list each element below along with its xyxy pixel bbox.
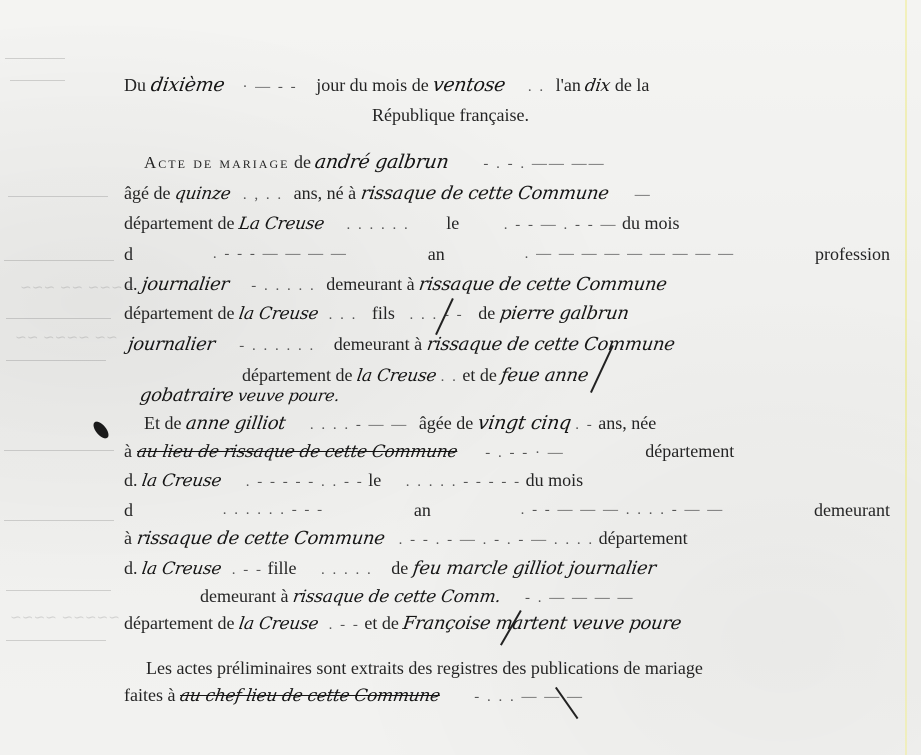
handwritten-groom-father: pierre galbrun	[498, 303, 630, 325]
handwritten-bride-name: anne gilliot	[184, 413, 286, 435]
label-ans-nee: ans, née	[598, 413, 656, 433]
filler-dashes: . .	[528, 79, 545, 95]
handwritten-father-residence: rissaque de cette Commune	[425, 334, 676, 356]
label-a: à	[124, 528, 132, 548]
handwritten-bride-dept: la Creuse	[140, 470, 222, 492]
filler-dashes: · — - -	[242, 79, 297, 95]
handwritten-year: dix	[584, 75, 612, 97]
handwritten-groom-dept: la Creuse	[237, 303, 319, 325]
label-d: d.	[124, 470, 138, 490]
label-demeurant: demeurant	[814, 499, 890, 521]
filler-dashes: - . - . —— ——	[483, 156, 605, 172]
groom-line-7: journalier - . . . . . . demeurant à ris…	[128, 333, 674, 357]
label-fille: fille	[267, 558, 296, 578]
handwritten-father-dept: la Creuse	[355, 365, 437, 387]
handwritten-day: dixième	[149, 74, 226, 96]
label-departement-de: département de	[242, 365, 352, 385]
filler-dashes: . . . . . - - - - -	[406, 474, 521, 490]
label-agee-de: âgée de	[419, 413, 473, 433]
handwritten-groom-age: quinze	[173, 183, 232, 205]
handwritten-bride-residence: rissaque de cette Commune	[135, 528, 386, 550]
label-et-de: Et de	[144, 413, 182, 433]
filler-dashes: . . . . . . - - -	[223, 499, 325, 521]
label-d: d	[124, 499, 133, 521]
groom-line-2: âgé de quinze . , . . ans, né à rissaque…	[124, 182, 652, 206]
handwritten-father-profession: journalier	[126, 334, 216, 356]
bride-line-3: d. la Creuse . - - - - - . . - - le . . …	[124, 469, 583, 493]
label-ans-ne-a: ans, né à	[294, 183, 356, 203]
label-du-mois: du mois	[526, 470, 584, 490]
filler-dashes: . - - — . - - —	[504, 217, 618, 233]
filler-dashes: . - - - - - . . - -	[246, 474, 364, 490]
filler-dashes: —	[635, 187, 652, 203]
handwritten-bride-age: vingt cinq	[476, 412, 572, 434]
filler-dashes: - . — — — —	[525, 590, 635, 606]
page-fold-line	[905, 0, 907, 755]
bride-line-2: à au lieu de rissaque de cette Commune -…	[124, 440, 734, 464]
margin-bleed-line	[6, 360, 106, 361]
label-demeurant-a: demeurant à	[200, 586, 288, 606]
label-age-de: âgé de	[124, 183, 170, 203]
label-departement: département	[645, 441, 734, 461]
bride-line-1: Et de anne gilliot . . . . - — — âgée de…	[144, 412, 656, 436]
handwritten-bride-birthplace: au lieu de rissaque de cette Commune	[135, 441, 458, 463]
label-departement-de: département de	[124, 303, 234, 323]
margin-bleed-line	[4, 450, 114, 451]
groom-line-9: gobatraire veuve poure.	[140, 384, 339, 407]
groom-line-4: d . - - - — — — — an . — — — — — — — — —…	[124, 243, 890, 265]
handwritten-bride-dept: la Creuse	[140, 558, 222, 580]
bleed-through-text: ~~~~~ ~~~~	[10, 610, 120, 626]
label-de: de	[294, 152, 311, 172]
label-de: de	[391, 558, 408, 578]
handwritten-mother-surname: gobatraire	[138, 385, 234, 407]
handwritten-groom-residence: rissaque de cette Commune	[418, 274, 669, 296]
label-l-an: l'an	[556, 75, 581, 95]
handwritten-bride-father: feu marcle gilliot journalier	[411, 558, 657, 580]
footer-line-1: Les actes préliminaires sont extraits de…	[146, 657, 703, 679]
header-date-line: Du dixième · — - - jour du mois de vento…	[124, 74, 649, 98]
handwritten-bride-mother-dept: la Creuse	[237, 613, 319, 635]
filler-dashes: . - - — — — . . . . - — —	[521, 499, 725, 521]
handwritten-groom-mother: feue anne	[500, 365, 590, 387]
margin-bleed-line	[6, 640, 106, 641]
filler-dashes: . - - . - — . - . - — . . . .	[399, 532, 594, 548]
bleed-through-text: ~~ ~~~~ ~~	[15, 330, 118, 346]
filler-dashes: . -	[575, 417, 594, 433]
bride-line-8: département de la Creuse . - - et de Fra…	[124, 612, 681, 636]
label-jour-du-mois: jour du mois de	[316, 75, 429, 95]
label-profession: profession	[815, 243, 890, 265]
label-an: an	[428, 243, 445, 265]
margin-bleed-line	[10, 80, 65, 81]
label-a: à	[124, 441, 132, 461]
bride-line-5: à rissaque de cette Commune . - - . - — …	[124, 527, 688, 551]
filler-dashes: - . - - · —	[485, 445, 564, 461]
filler-dashes: . — — — — — — — — —	[525, 243, 736, 265]
margin-bleed-line	[6, 318, 111, 319]
groom-line-3: département de La Creuse . . . . . . le …	[124, 212, 680, 236]
label-et-de: et de	[462, 365, 496, 385]
label-demeurant-a: demeurant à	[334, 334, 422, 354]
handwritten-bride-mother: Françoise martent veuve poure	[402, 613, 683, 635]
label-faites-a: faites à	[124, 685, 175, 705]
margin-bleed-line	[5, 58, 65, 59]
bride-line-6: d. la Creuse . - - fille . . . . . de fe…	[124, 557, 655, 581]
bleed-through-text: ~~~~ ~~ ~~~	[20, 280, 134, 296]
filler-dashes: . . .	[329, 307, 358, 323]
groom-line-6: département de la Creuse . . . fils . . …	[124, 302, 628, 326]
groom-line-5: d. journalier - . . . . . demeurant à ri…	[124, 273, 667, 297]
footer-line-2: faites à au chef lieu de cette Commune -…	[124, 684, 584, 708]
filler-dashes: . . . . - — —	[310, 417, 409, 433]
handwritten-groom-name: andré galbrun	[314, 151, 451, 173]
label-departement: département	[599, 528, 688, 548]
label-du: Du	[124, 75, 146, 95]
label-d: d.	[124, 558, 138, 578]
groom-line-1: Acte de mariage de andré galbrun - . - .…	[144, 151, 606, 175]
handwritten-groom-dept: La Creuse	[237, 213, 325, 235]
handwritten-mother-note: veuve poure.	[236, 385, 340, 407]
handwritten-bride-father-residence: rissaque de cette Comm.	[291, 586, 502, 608]
handwritten-groom-birthplace: rissaque de cette Commune	[359, 183, 610, 205]
filler-dashes: . . . . .	[321, 562, 373, 578]
label-du-mois: du mois	[622, 213, 680, 233]
bride-line-7: demeurant à rissaque de cette Comm. - . …	[200, 585, 634, 609]
label-d: d.	[124, 274, 138, 294]
label-departement-de: département de	[124, 213, 234, 233]
margin-bleed-line	[8, 196, 108, 197]
filler-dashes: . .	[441, 369, 458, 385]
handwritten-publication-place: au chef lieu de cette Commune	[178, 685, 441, 707]
filler-dashes: - . . . . .	[251, 278, 316, 294]
label-et-de: et de	[364, 613, 398, 633]
handwritten-month: ventose	[432, 74, 507, 96]
margin-bleed-line	[6, 590, 111, 591]
label-departement-de: département de	[124, 613, 234, 633]
filler-dashes: . . . . . .	[347, 217, 410, 233]
bride-line-4: d . . . . . . - - - an . - - — — — . . .…	[124, 499, 890, 521]
label-d: d	[124, 243, 133, 265]
label-le: le	[446, 213, 459, 233]
margin-bleed-line	[4, 520, 114, 521]
filler-dashes: . , . .	[243, 187, 283, 203]
label-fils: fils	[372, 303, 395, 323]
margin-bleed-line	[4, 260, 114, 261]
filler-dashes: . . . - -	[409, 307, 463, 323]
filler-dashes: . - -	[329, 617, 360, 633]
label-demeurant-a: demeurant à	[326, 274, 414, 294]
header-republique: République française.	[372, 104, 529, 126]
label-de-la: de la	[615, 75, 649, 95]
label-le: le	[368, 470, 381, 490]
label-de: de	[478, 303, 495, 323]
filler-dashes: . - -	[232, 562, 263, 578]
filler-dashes: . - - - — — — —	[213, 243, 348, 265]
label-an: an	[414, 499, 431, 521]
filler-dashes: - . . . . . .	[239, 338, 315, 354]
handwritten-groom-profession: journalier	[140, 274, 230, 296]
title-acte-de-mariage: Acte de mariage	[144, 153, 289, 172]
